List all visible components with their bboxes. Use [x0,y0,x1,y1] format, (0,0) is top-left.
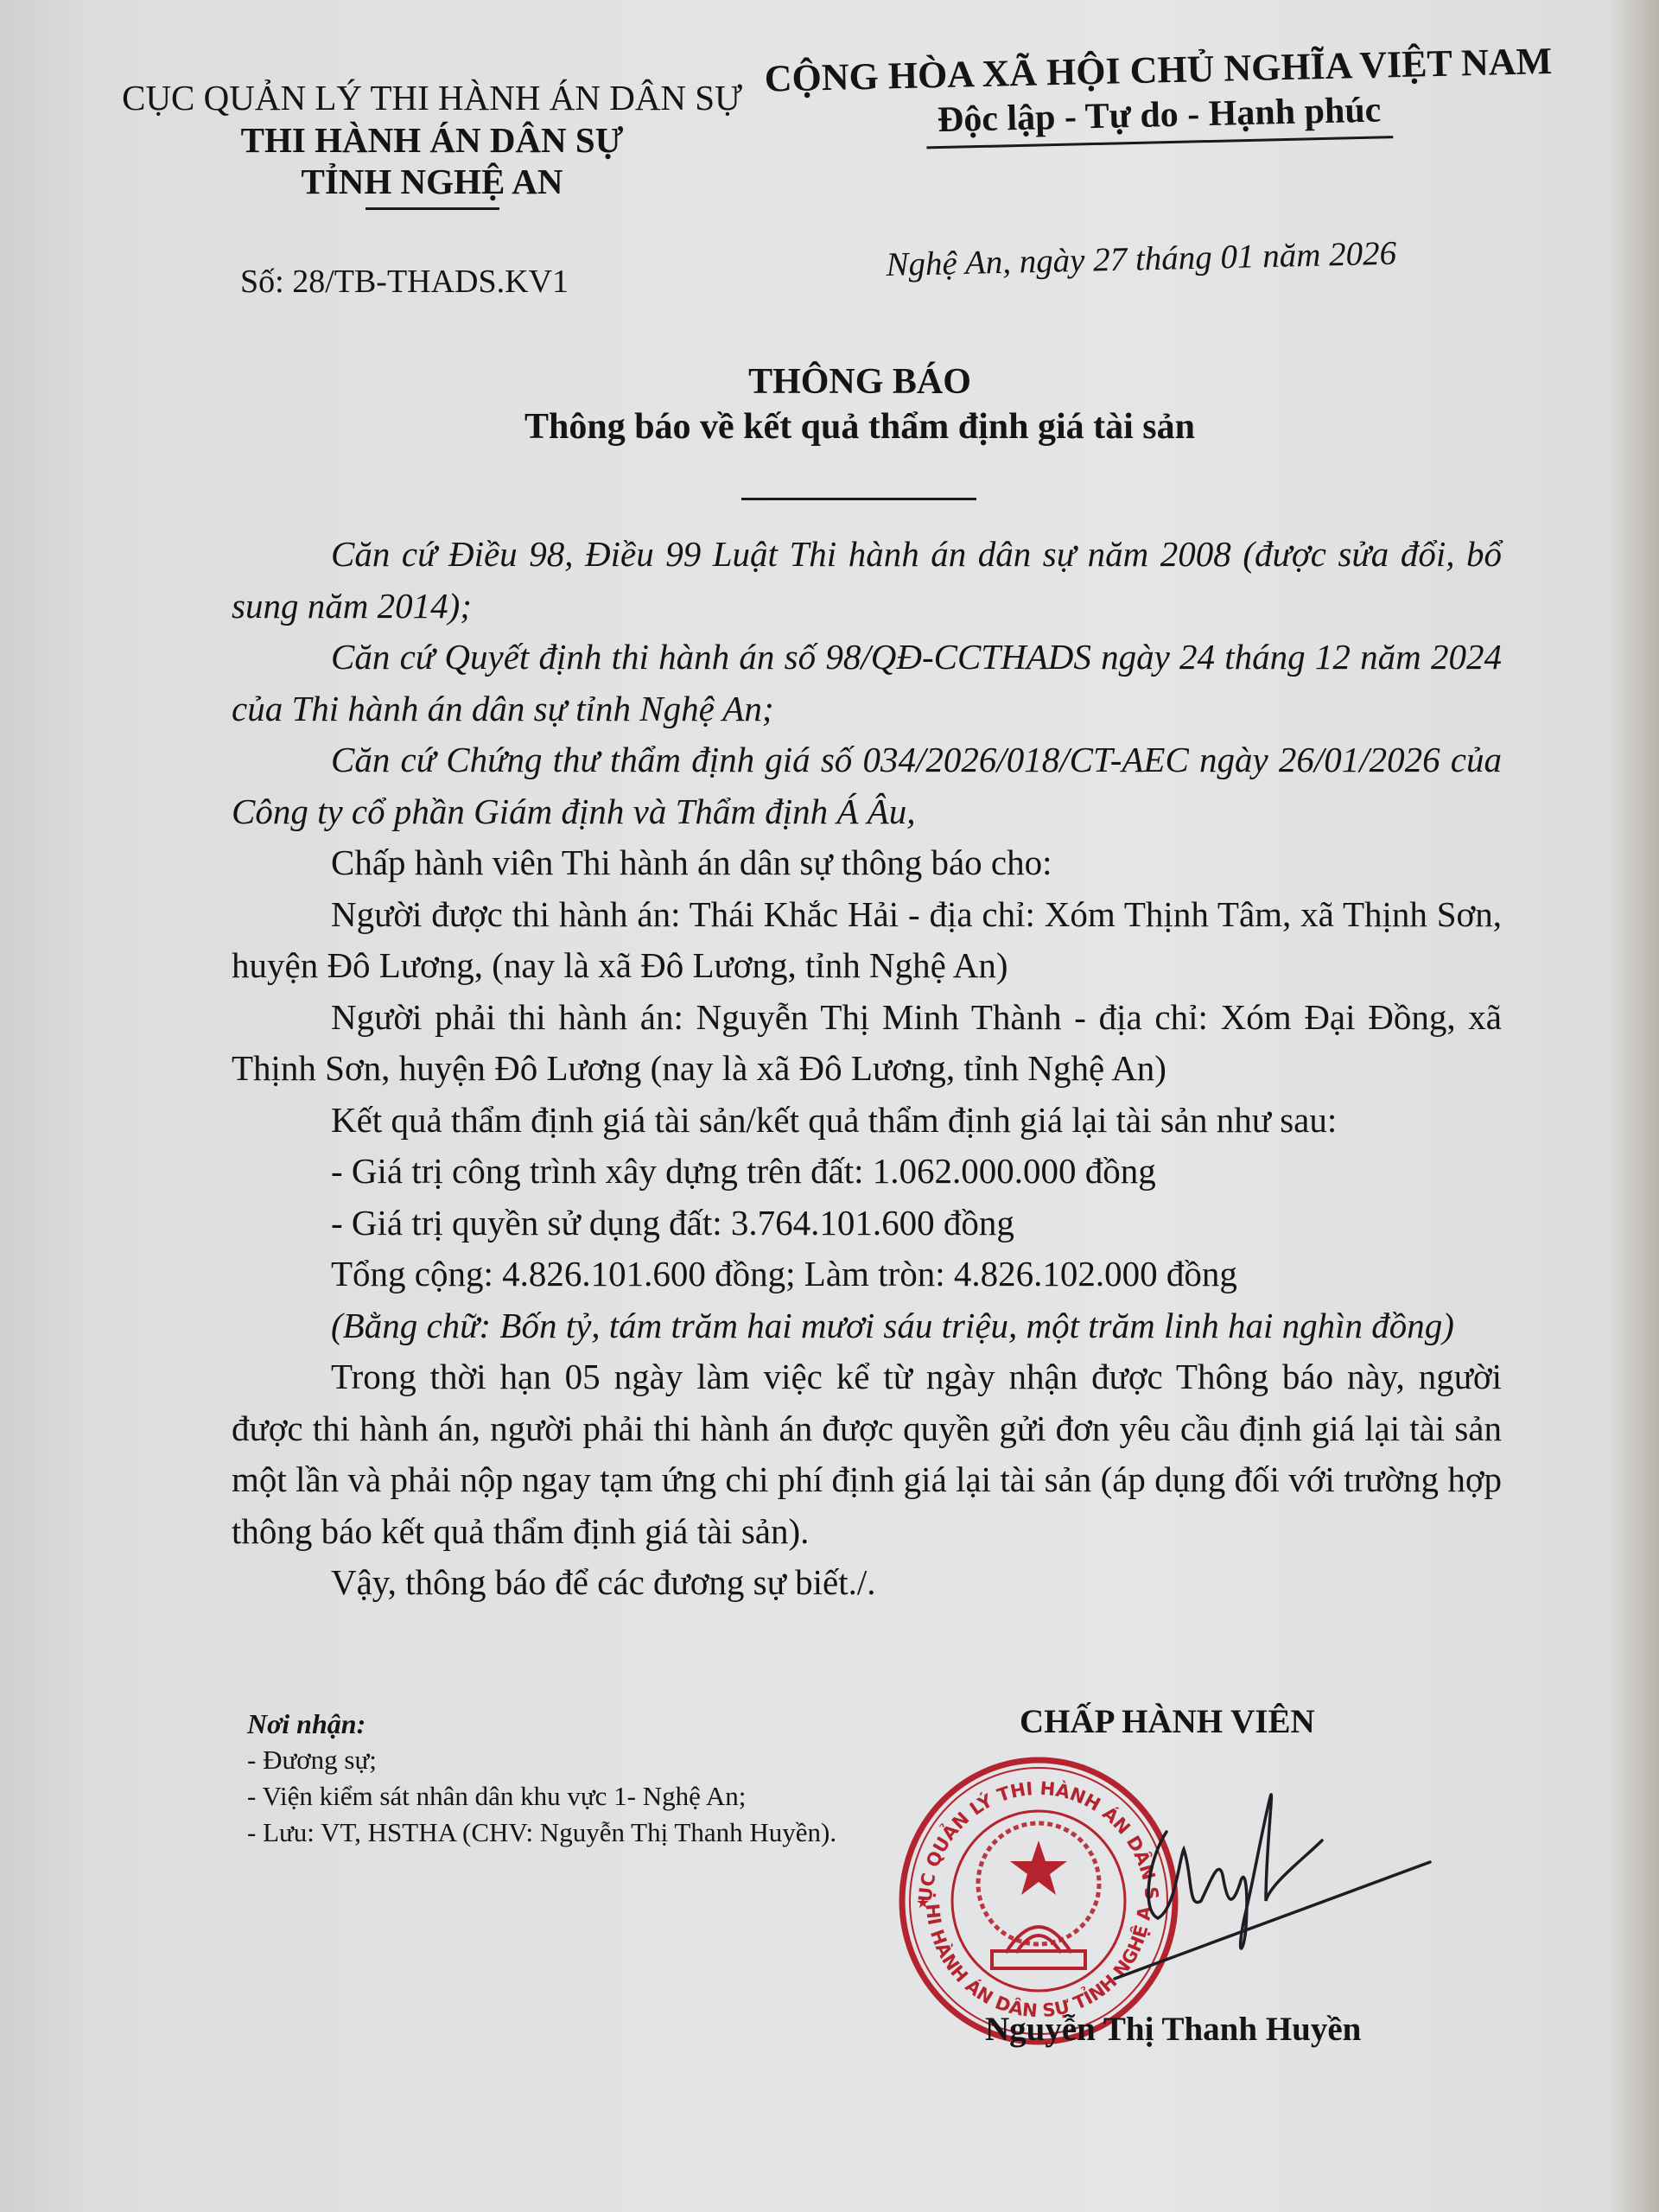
total-value: Tổng cộng: 4.826.101.600 đồng; Làm tròn:… [232,1249,1502,1300]
document-page: CỤC QUẢN LÝ THI HÀNH ÁN DÂN SỰ THI HÀNH … [0,0,1659,2212]
creditor-info: Người được thi hành án: Thái Khắc Hải - … [232,889,1502,992]
recipient-item: - Lưu: VT, HSTHA (CHV: Nguyễn Thị Thanh … [247,1815,869,1851]
total-in-words: (Bằng chữ: Bốn tỷ, tám trăm hai mươi sáu… [232,1300,1502,1352]
legal-basis-2: Căn cứ Quyết định thi hành án số 98/QĐ-C… [232,632,1502,734]
legal-basis-1: Căn cứ Điều 98, Điều 99 Luật Thi hành án… [232,529,1502,632]
recipient-item: - Đương sự; [247,1742,869,1778]
land-use-value: - Giá trị quyền sử dụng đất: 3.764.101.6… [232,1198,1502,1249]
agency-underline [365,207,499,210]
document-number: Số: 28/TB-THADS.KV1 [240,263,569,301]
result-intro: Kết quả thẩm định giá tài sản/kết quả th… [232,1095,1502,1147]
document-title: THÔNG BÁO [0,361,1659,403]
signer-name: Nguyễn Thị Thanh Huyền [985,2010,1361,2049]
agency-province: TỈNH NGHỆ AN [95,161,769,202]
agency-header: CỤC QUẢN LÝ THI HÀNH ÁN DÂN SỰ THI HÀNH … [95,76,769,210]
deadline-notice: Trong thời hạn 05 ngày làm việc kể từ ng… [232,1351,1502,1557]
agency-parent: CỤC QUẢN LÝ THI HÀNH ÁN DÂN SỰ [95,76,769,119]
debtor-info: Người phải thi hành án: Nguyễn Thị Minh … [232,992,1502,1095]
place-and-date: Nghệ An, ngày 27 tháng 01 năm 2026 [886,234,1397,284]
title-divider [741,498,976,500]
recipient-item: - Viện kiểm sát nhân dân khu vực 1- Nghệ… [247,1778,869,1815]
recipients-heading: Nơi nhận: [247,1706,869,1742]
agency-name: THI HÀNH ÁN DÂN SỰ [95,119,769,161]
construction-value: - Giá trị công trình xây dựng trên đất: … [232,1146,1502,1198]
notify-intro: Chấp hành viên Thi hành án dân sự thông … [232,837,1502,889]
legal-basis-3: Căn cứ Chứng thư thẩm định giá số 034/20… [232,734,1502,837]
closing-line: Vậy, thông báo để các đương sự biết./. [232,1557,1502,1609]
signer-title: CHẤP HÀNH VIÊN [1020,1702,1315,1741]
document-body: Căn cứ Điều 98, Điều 99 Luật Thi hành án… [232,529,1502,1609]
svg-text:★: ★ [916,1894,930,1912]
document-subtitle: Thông báo về kết quả thẩm định giá tài s… [0,406,1659,448]
recipients-block: Nơi nhận: - Đương sự; - Viện kiểm sát nh… [247,1706,869,1851]
national-header: CỘNG HÒA XÃ HỘI CHỦ NGHĨA VIỆT NAM Độc l… [752,39,1566,153]
handwritten-signature-icon [1097,1780,1443,1987]
